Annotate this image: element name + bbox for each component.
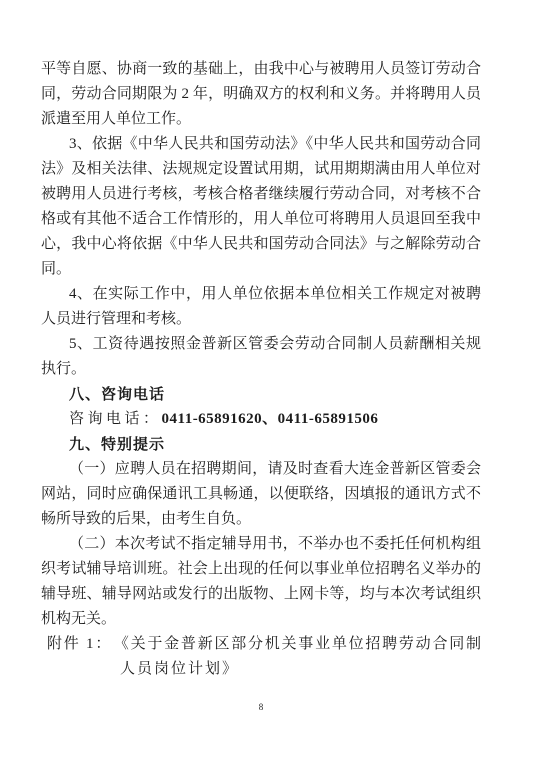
phone-label: 咨询电话： (69, 411, 162, 427)
text-line: 同。 (41, 257, 481, 282)
text-line: （二）本次考试不指定辅导用书，不举办也不委托任何机构组 (41, 532, 481, 557)
attachment-line-continuation: 人员岗位计划》 (41, 657, 481, 682)
text-line: 平等自愿、协商一致的基础上，由我中心与被聘用人员签订劳动合 (41, 57, 481, 82)
text-line: 人员进行管理和考核。 (41, 307, 481, 332)
text-line: 被聘用人员进行考核，考核合格者继续履行劳动合同，对考核不合 (41, 182, 481, 207)
text-line: 畅所导致的后果，由考生自负。 (41, 507, 481, 532)
text-line: 派遣至用人单位工作。 (41, 107, 481, 132)
text-line: 执行。 (41, 357, 481, 382)
document-text-block: 平等自愿、协商一致的基础上，由我中心与被聘用人员签订劳动合同，劳动合同期限为 2… (41, 57, 481, 682)
page-number: 8 (41, 700, 481, 714)
section-heading: 九、特别提示 (41, 432, 481, 457)
section-heading: 八、咨询电话 (41, 382, 481, 407)
attachment-line: 附件 1： 《关于金普新区部分机关事业单位招聘劳动合同制 (41, 632, 481, 657)
text-line: （一）应聘人员在招聘期间，请及时查看大连金普新区管委会 (41, 457, 481, 482)
document-page: 平等自愿、协商一致的基础上，由我中心与被聘用人员签订劳动合同，劳动合同期限为 2… (0, 0, 539, 764)
text-line: 心，我中心将依据《中华人民共和国劳动合同法》与之解除劳动合 (41, 232, 481, 257)
text-line: 辅导班、辅导网站或发行的出版物、上网卡等，均与本次考试组织 (41, 582, 481, 607)
text-line: 法》及相关法律、法规规定设置试用期，试用期期满由用人单位对 (41, 157, 481, 182)
text-line: 网站，同时应确保通讯工具畅通，以便联络，因填报的通讯方式不 (41, 482, 481, 507)
text-line: 5、工资待遇按照金普新区管委会劳动合同制人员薪酬相关规定 (41, 332, 481, 357)
phone-numbers: 0411-65891620、0411-65891506 (162, 411, 379, 427)
text-line: 4、在实际工作中，用人单位依据本单位相关工作规定对被聘用 (41, 282, 481, 307)
text-line: 织考试辅导培训班。社会上出现的任何以事业单位招聘名义举办的 (41, 557, 481, 582)
text-line: 机构无关。 (41, 607, 481, 632)
text-line: 格或有其他不适合工作情形的，用人单位可将聘用人员退回至我中 (41, 207, 481, 232)
text-line: 3、依据《中华人民共和国劳动法》《中华人民共和国劳动合同 (41, 132, 481, 157)
phone-line: 咨询电话：0411-65891620、0411-65891506 (41, 407, 481, 432)
text-line: 同，劳动合同期限为 2 年，明确双方的权利和义务。并将聘用人员 (41, 82, 481, 107)
